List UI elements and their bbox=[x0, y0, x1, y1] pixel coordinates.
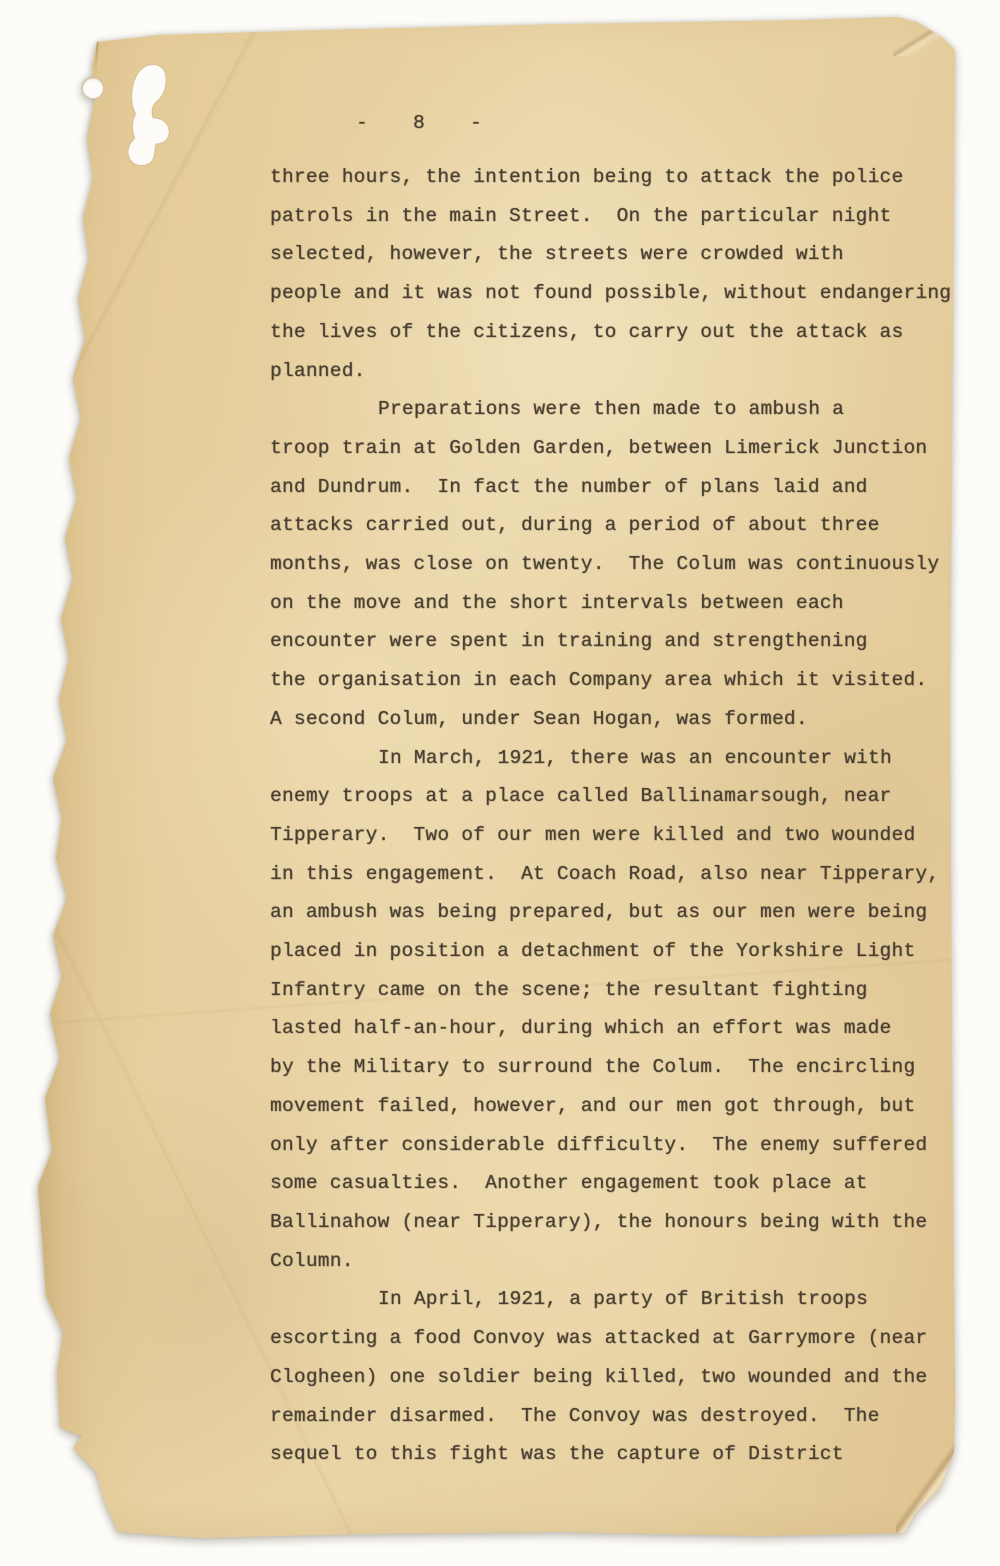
text-line: attacks carried out, during a period of … bbox=[270, 506, 960, 545]
text-line: in this engagement. At Coach Road, also … bbox=[270, 855, 960, 894]
text-line: on the move and the short intervals betw… bbox=[270, 584, 960, 623]
text-line: lasted half-an-hour, during which an eff… bbox=[270, 1009, 960, 1048]
torn-hole bbox=[118, 56, 188, 176]
text-line: Column. bbox=[270, 1242, 960, 1281]
text-line: In March, 1921, there was an encounter w… bbox=[270, 739, 960, 778]
text-line: enemy troops at a place called Ballinama… bbox=[270, 777, 960, 816]
text-line: and Dundrum. In fact the number of plans… bbox=[270, 468, 960, 507]
text-line: selected, however, the streets were crow… bbox=[270, 235, 960, 274]
text-line: Ballinahow (near Tipperary), the honours… bbox=[270, 1203, 960, 1242]
document-body: three hours, the intention being to atta… bbox=[270, 158, 960, 1474]
text-line: the organisation in each Company area wh… bbox=[270, 661, 960, 700]
text-line: by the Military to surround the Colum. T… bbox=[270, 1048, 960, 1087]
text-line: A second Colum, under Sean Hogan, was fo… bbox=[270, 700, 960, 739]
text-line: only after considerable difficulty. The … bbox=[270, 1126, 960, 1165]
paper-page: - 8 - three hours, the intention being t… bbox=[0, 0, 1000, 1566]
text-line: Tipperary. Two of our men were killed an… bbox=[270, 816, 960, 855]
text-line: the lives of the citizens, to carry out … bbox=[270, 313, 960, 352]
text-line: placed in position a detachment of the Y… bbox=[270, 932, 960, 971]
text-line: patrols in the main Street. On the parti… bbox=[270, 197, 960, 236]
text-line: movement failed, however, and our men go… bbox=[270, 1087, 960, 1126]
text-line: an ambush was being prepared, but as our… bbox=[270, 893, 960, 932]
text-line: sequel to this fight was the capture of … bbox=[270, 1435, 960, 1474]
paper-tear-line bbox=[94, 24, 100, 78]
text-line: Infantry came on the scene; the resultan… bbox=[270, 971, 960, 1010]
page-number: - 8 - bbox=[356, 112, 482, 134]
text-line: months, was close on twenty. The Colum w… bbox=[270, 545, 960, 584]
text-line: planned. bbox=[270, 352, 960, 391]
text-line: troop train at Golden Garden, between Li… bbox=[270, 429, 960, 468]
text-line: Clogheen) one soldier being killed, two … bbox=[270, 1358, 960, 1397]
text-line: remainder disarmed. The Convoy was destr… bbox=[270, 1397, 960, 1436]
text-line: some casualties. Another engagement took… bbox=[270, 1164, 960, 1203]
text-line: Preparations were then made to ambush a bbox=[270, 390, 960, 429]
punch-hole bbox=[82, 77, 104, 99]
text-line: encounter were spent in training and str… bbox=[270, 622, 960, 661]
text-line: three hours, the intention being to atta… bbox=[270, 158, 960, 197]
paper-sheet-wrapper: - 8 - three hours, the intention being t… bbox=[0, 0, 1000, 1566]
text-line: In April, 1921, a party of British troop… bbox=[270, 1280, 960, 1319]
cut-corner-top-right bbox=[893, 14, 959, 56]
text-line: people and it was not found possible, wi… bbox=[270, 274, 960, 313]
scanned-document: { "document": { "page_number": "- 8 -", … bbox=[0, 0, 1000, 1566]
text-line: escorting a food Convoy was attacked at … bbox=[270, 1319, 960, 1358]
